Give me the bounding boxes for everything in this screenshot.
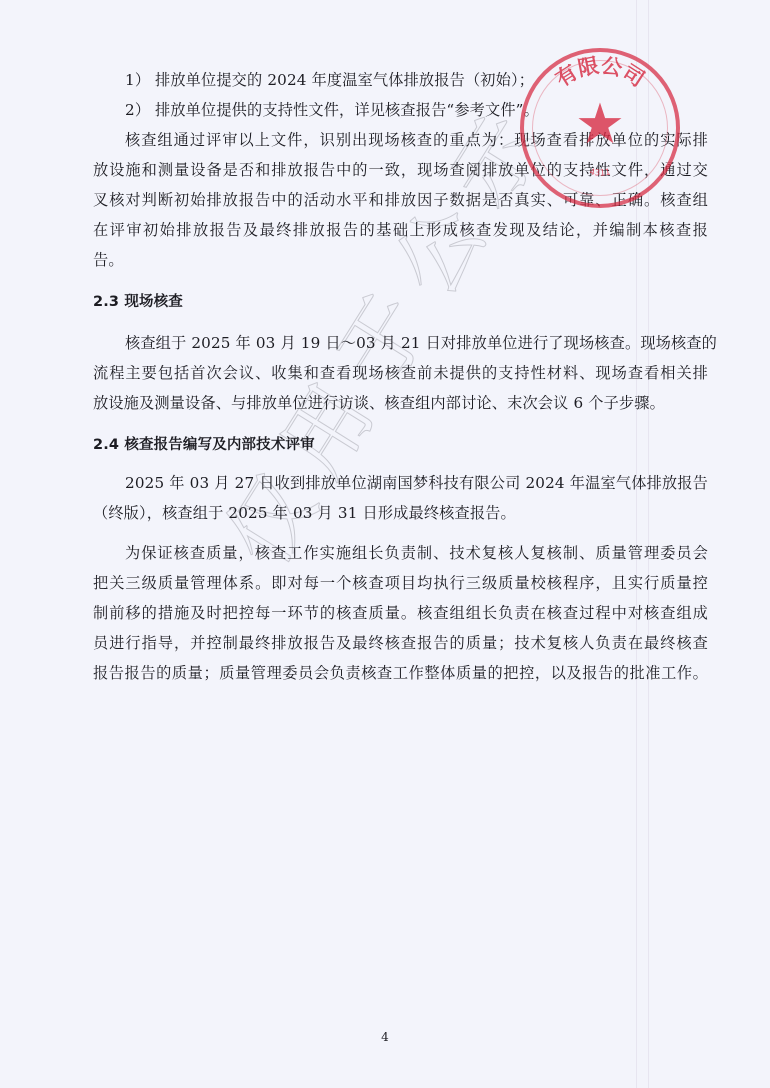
paragraph-line: 叉核对判断初始排放报告中的活动水平和排放因子数据是否真实、可靠、正确。核查组 — [93, 190, 708, 210]
section-heading-2-3: 2.3 现场核查 — [93, 292, 713, 312]
paragraph-line: 2025 年 03 月 27 日收到排放单位湖南国梦科技有限公司 2024 年温… — [125, 473, 708, 493]
paragraph-line: 放设施及测量设备、与排放单位进行访谈、核查组内部讨论、末次会议 6 个子步骤。 — [93, 393, 713, 413]
paragraph-line: 制前移的措施及时把控每一环节的核查质量。核查组组长负责在核查过程中对核查组成 — [93, 603, 708, 623]
section-heading-2-4: 2.4 核查报告编写及内部技术评审 — [93, 435, 713, 455]
paragraph-line: 为保证核查质量，核查工作实施组长负责制、技术复核人复核制、质量管理委员会 — [125, 543, 708, 563]
paragraph-line: 放设施和测量设备是否和排放报告中的一致，现场查阅排放单位的支持性文件，通过交 — [93, 160, 708, 180]
paragraph-line: 核查组通过评审以上文件，识别出现场核查的重点为：现场查看排放单位的实际排 — [125, 130, 708, 150]
document-page: 仅用于公示 1）排放单位提交的 2024 年度温室气体排放报告（初始）； 2）排… — [0, 0, 770, 1088]
paragraph-line: （终版），核查组于 2025 年 03 月 31 日形成最终核查报告。 — [93, 503, 713, 523]
paragraph-line: 核查组于 2025 年 03 月 19 日～03 月 21 日对排放单位进行了现… — [125, 333, 708, 353]
paragraph-line: 报告报告的质量；质量管理委员会负责核查工作整体质量的把控，以及报告的批准工作。 — [93, 663, 708, 683]
paragraph-line: 告。 — [93, 250, 713, 270]
list-item: 2）排放单位提供的支持性文件，详见核查报告“参考文件”。 — [125, 100, 745, 120]
list-number: 2） — [125, 100, 155, 120]
paragraph-line: 流程主要包括首次会议、收集和查看现场核查前未提供的支持性材料、现场查看相关排 — [93, 363, 708, 383]
list-text: 排放单位提供的支持性文件，详见核查报告“参考文件”。 — [155, 101, 539, 119]
paragraph-line: 在评审初始排放报告及最终排放报告的基础上形成核查发现及结论，并编制本核查报 — [93, 220, 708, 240]
list-text: 排放单位提交的 2024 年度温室气体排放报告（初始）； — [155, 71, 534, 89]
list-number: 1） — [125, 70, 155, 90]
paragraph-line: 把关三级质量管理体系。即对每一个核查项目均执行三级质量校核程序，且实行质量控 — [93, 573, 708, 593]
list-item: 1）排放单位提交的 2024 年度温室气体排放报告（初始）； — [125, 70, 745, 90]
paragraph-line: 员进行指导，并控制最终排放报告及最终核查报告的质量；技术复核人负责在最终核查 — [93, 633, 708, 653]
page-number: 4 — [0, 1030, 770, 1044]
